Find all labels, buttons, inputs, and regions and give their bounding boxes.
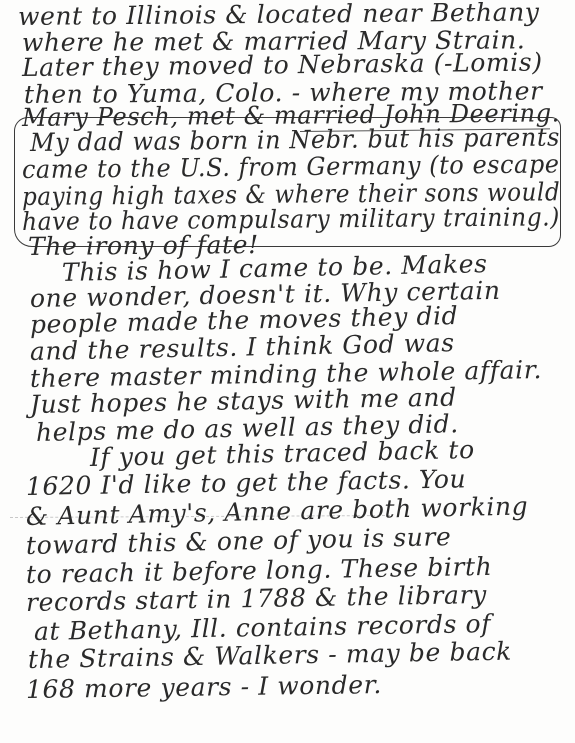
text-line: 168 more years - I wonder. [26, 670, 382, 704]
letter-page: went to Illinois & located near Bethany … [0, 0, 575, 743]
